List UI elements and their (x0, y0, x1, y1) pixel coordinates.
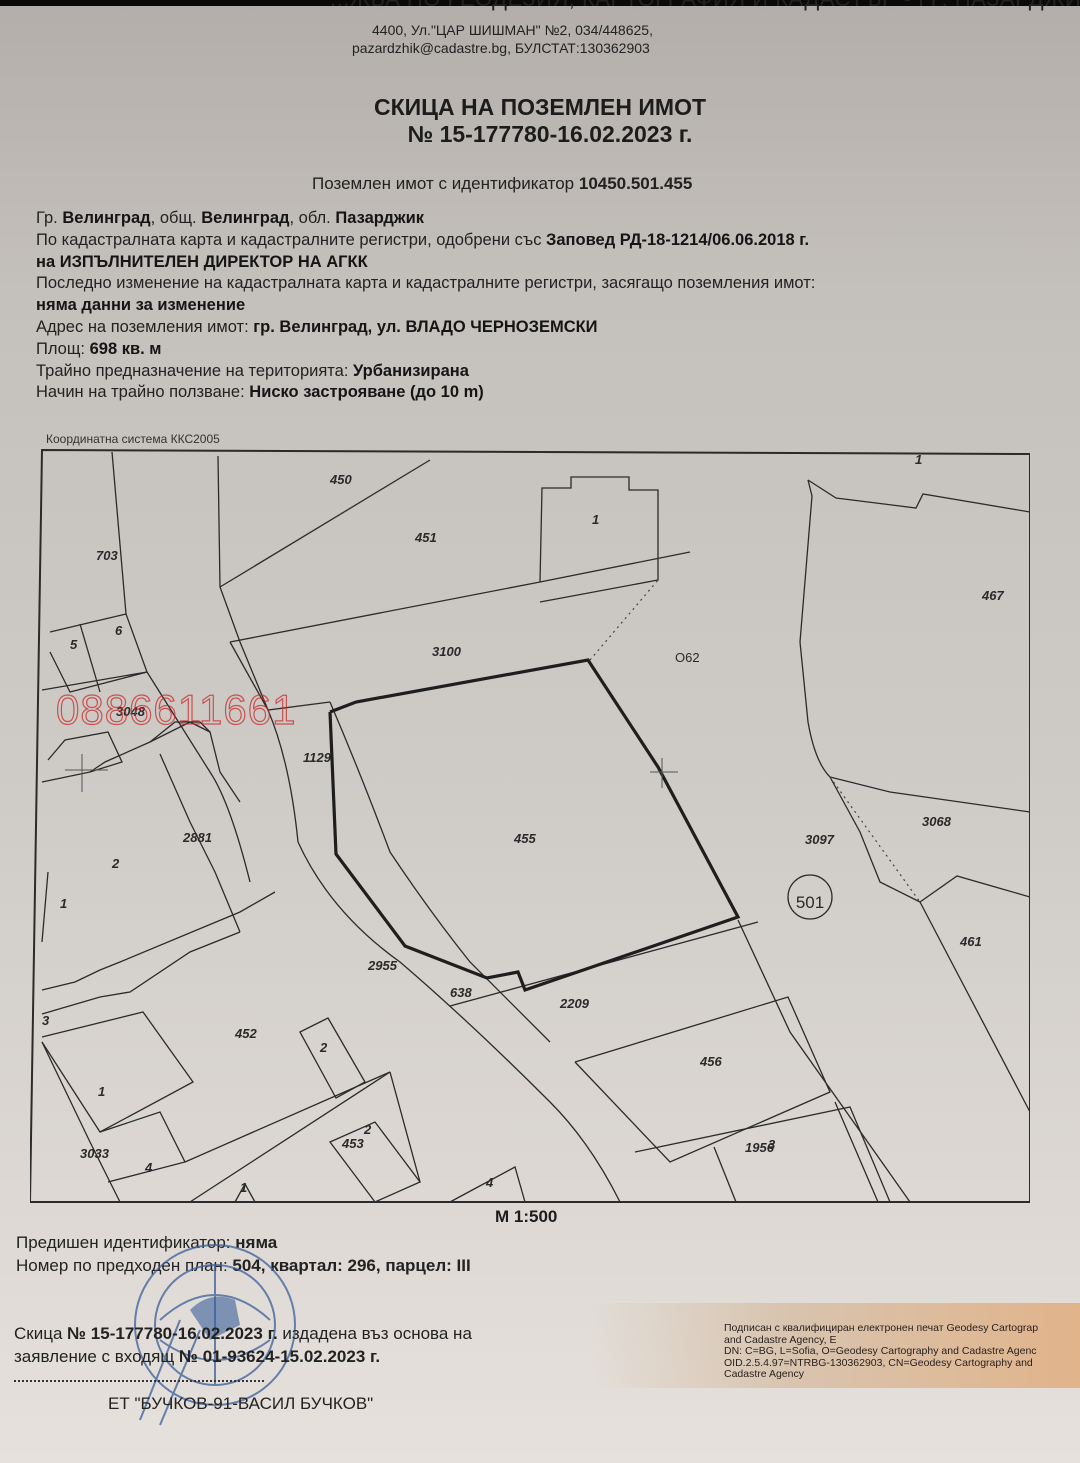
parcel-label: 1 (98, 1084, 105, 1099)
parcel-label: 2 (319, 1040, 328, 1055)
area-line: Площ: 698 кв. м (36, 339, 1036, 361)
parcel-identifier: Поземлен имот с идентификатор 10450.501.… (312, 174, 692, 194)
parcel-label: 1 (592, 512, 599, 527)
parcel-label: 461 (959, 934, 982, 949)
parcel-label: 3100 (432, 644, 462, 659)
address-line: Адрес на поземления имот: гр. Велинград,… (36, 317, 1036, 339)
parcel-label: 703 (96, 548, 118, 563)
issuance-info: Скица № 15-177780-16.02.2023 г. издадена… (14, 1322, 472, 1368)
map-drawing: 4504511467703563100О62304811294552881213… (30, 442, 1030, 1207)
parcel-label: 5 (70, 637, 78, 652)
parcel-label: 3 (42, 1013, 50, 1028)
parcel-label: 1 (240, 1180, 247, 1195)
phone-watermark: 0886611661 (56, 686, 296, 734)
parcel-label: 456 (699, 1054, 722, 1069)
parcel-label: 1 (60, 896, 67, 911)
agency-address: 4400, Ул."ЦАР ШИШМАН" №2, 034/448625, (372, 22, 653, 38)
electronic-signature: Подписан с квалифициран електронен печат… (724, 1323, 1080, 1381)
identifier-value: 10450.501.455 (579, 174, 692, 193)
purpose-line: Трайно предназначение на територията: Ур… (36, 361, 1036, 383)
parcel-label: 2 (363, 1122, 372, 1137)
last-change-value: няма данни за изменение (36, 295, 1036, 317)
parcel-label: 638 (450, 985, 472, 1000)
map-scale: М 1:500 (495, 1207, 557, 1227)
parcel-label: 4 (485, 1175, 494, 1190)
parcel-label: 2 (111, 856, 120, 871)
parcel-label: 453 (341, 1136, 364, 1151)
title-line-1: СКИЦА НА ПОЗЕМЛЕН ИМОТ (374, 94, 706, 120)
parcel-label: 452 (234, 1026, 257, 1041)
parcel-label: 4 (144, 1160, 153, 1175)
parcel-label: 1 (915, 452, 922, 467)
parcel-label: 467 (981, 588, 1004, 603)
subject-parcel-455 (330, 660, 738, 990)
document-title: СКИЦА НА ПОЗЕМЛЕН ИМОТ № 15-177780-16.02… (0, 94, 1080, 148)
parcel-label: О62 (675, 650, 700, 665)
signer-name: ЕТ "БУЧКОВ-91-ВАСИЛ БУЧКОВ" (108, 1394, 373, 1414)
cadastral-map: 4504511467703563100О62304811294552881213… (30, 442, 1030, 1207)
parcel-label: 2881 (182, 830, 212, 845)
parcel-label: 3033 (80, 1146, 110, 1161)
parcel-info: Гр. Велинград, общ. Велинград, обл. Паза… (36, 208, 1036, 404)
usage-line: Начин на трайно ползване: Ниско застрояв… (36, 382, 1036, 404)
parcel-label: 455 (513, 831, 536, 846)
parcel-label: 2955 (367, 958, 398, 973)
parcel-label: 1129 (303, 750, 332, 765)
parcel-label: 3097 (805, 832, 835, 847)
parcel-label: 2209 (559, 996, 590, 1011)
parcel-label: 3 (768, 1137, 776, 1152)
parcel-label: 451 (414, 530, 437, 545)
last-change-label: Последно изменение на кадастралната карт… (36, 273, 1036, 295)
parcel-label: 450 (329, 472, 352, 487)
approval-line: По кадастралната карта и кадастралните р… (36, 230, 1036, 252)
location-line: Гр. Велинград, общ. Велинград, обл. Паза… (36, 208, 1036, 230)
agency-name: ...ЖБА ПО ГЕОДЕЗИЯ, КАРТОГРАФИЯ И КАДАСТ… (330, 0, 980, 12)
parcel-label: 6 (115, 623, 123, 638)
approval-by-line: на ИЗПЪЛНИТЕЛЕН ДИРЕКТОР НА АГКК (36, 252, 1036, 274)
title-line-2: № 15-177780-16.02.2023 г. (0, 121, 1080, 148)
signature-line (14, 1380, 264, 1382)
parcel-label: 501 (796, 893, 824, 912)
parcel-label: 3068 (922, 814, 952, 829)
agency-contact: pazardzhik@cadastre.bg, БУЛСТАТ:13036290… (352, 40, 650, 56)
